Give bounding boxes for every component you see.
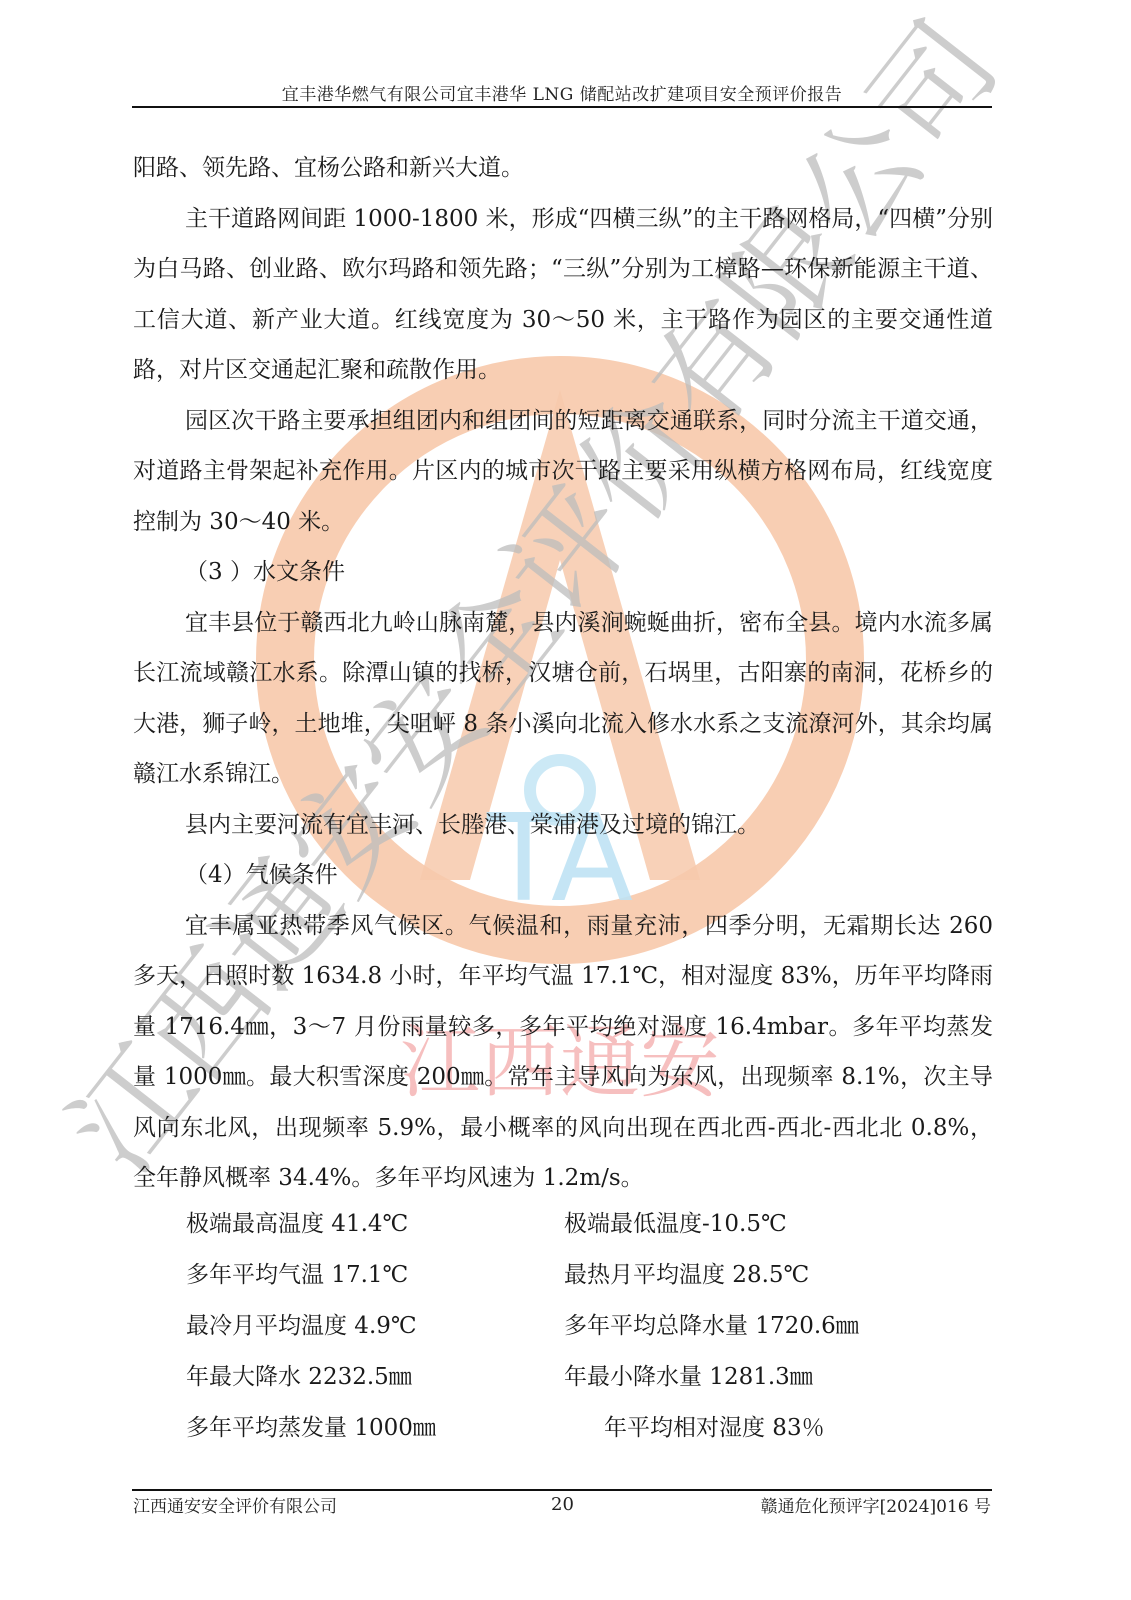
climate-stat: 最冷月平均温度 4.9℃	[186, 1307, 564, 1358]
climate-stat: 多年平均总降水量 1720.6㎜	[564, 1307, 986, 1358]
paragraph-rivers: 县内主要河流有宜丰河、长塍港、棠浦港及过境的锦江。	[133, 800, 993, 851]
header-divider	[132, 106, 992, 108]
section-heading-hydrology: （3 ）水文条件	[133, 547, 993, 598]
paragraph-secondary-roads: 园区次干路主要承担组团内和组团间的短距离交通联系，同时分流主干道交通，对道路主骨…	[133, 396, 993, 548]
page-number: 20	[551, 1494, 574, 1515]
climate-stat: 年最大降水 2232.5㎜	[186, 1358, 564, 1409]
paragraph-continuation: 阳路、领先路、宜杨公路和新兴大道。	[133, 143, 993, 194]
footer-doc-number: 赣通危化预评字[2024]016 号	[761, 1492, 991, 1517]
climate-stats: 极端最高温度 41.4℃ 极端最低温度-10.5℃ 多年平均气温 17.1℃ 最…	[186, 1205, 986, 1460]
climate-stat: 年平均相对湿度 83％	[564, 1409, 986, 1460]
body-text: 阳路、领先路、宜杨公路和新兴大道。 主干道路网间距 1000-1800 米，形成…	[133, 143, 993, 1204]
climate-stat: 年最小降水量 1281.3㎜	[564, 1358, 986, 1409]
climate-stat-row: 最冷月平均温度 4.9℃ 多年平均总降水量 1720.6㎜	[186, 1307, 986, 1358]
paragraph-climate: 宜丰属亚热带季风气候区。气候温和，雨量充沛，四季分明，无霜期长达 260 多天，…	[133, 901, 993, 1204]
footer-company: 江西通安安全评价有限公司	[133, 1492, 337, 1517]
climate-stat: 多年平均气温 17.1℃	[186, 1256, 564, 1307]
paragraph-hydrology: 宜丰县位于赣西北九岭山脉南麓，县内溪涧蜿蜒曲折，密布全县。境内水流多属长江流域赣…	[133, 598, 993, 800]
climate-stat: 极端最高温度 41.4℃	[186, 1205, 564, 1256]
page-header-title: 宜丰港华燃气有限公司宜丰港华 LNG 储配站改扩建项目安全预评价报告	[132, 80, 992, 105]
document-page: TA 江西通安 江西通安安全评价有限公司 宜丰港华燃气有限公司宜丰港华 LNG …	[0, 0, 1131, 1600]
climate-stat-row: 多年平均蒸发量 1000㎜ 年平均相对湿度 83％	[186, 1409, 986, 1460]
paragraph-main-roads: 主干道路网间距 1000-1800 米，形成“四横三纵”的主干路网格局，“四横”…	[133, 194, 993, 396]
section-heading-climate: （4）气候条件	[133, 850, 993, 901]
climate-stat: 最热月平均温度 28.5℃	[564, 1256, 986, 1307]
footer-divider	[132, 1489, 992, 1491]
climate-stat-row: 极端最高温度 41.4℃ 极端最低温度-10.5℃	[186, 1205, 986, 1256]
climate-stat-row: 多年平均气温 17.1℃ 最热月平均温度 28.5℃	[186, 1256, 986, 1307]
climate-stat-row: 年最大降水 2232.5㎜ 年最小降水量 1281.3㎜	[186, 1358, 986, 1409]
climate-stat: 极端最低温度-10.5℃	[564, 1205, 986, 1256]
climate-stat: 多年平均蒸发量 1000㎜	[186, 1409, 564, 1460]
